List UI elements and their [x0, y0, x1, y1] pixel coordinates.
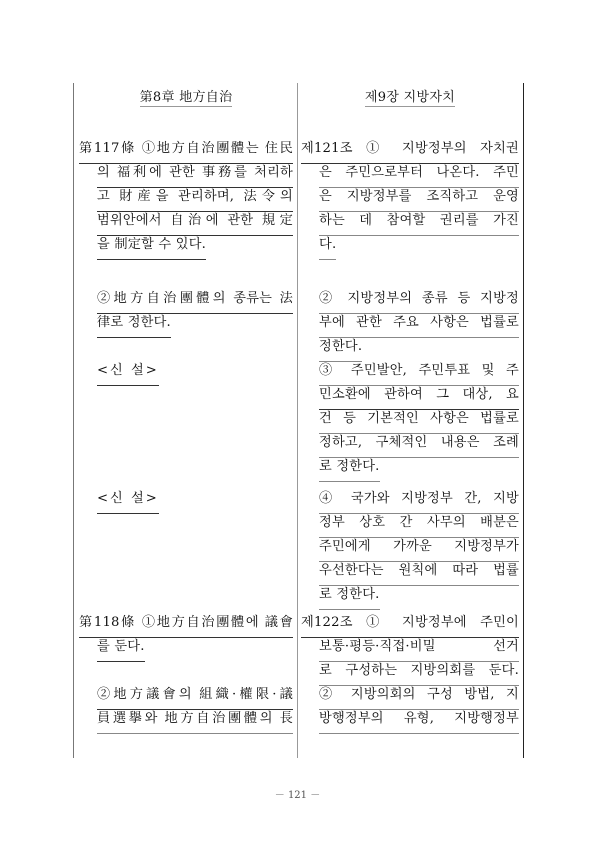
article-117-line: 범위안에서 自治에 관한 規定 — [97, 211, 293, 236]
article-121-para4-line: 우선한다는 원칙에 따라 법률 — [319, 561, 519, 586]
article-117-para2-line: ②地方自治團體의 종류는 法 — [97, 289, 293, 314]
article-118-para2-line: 員選擧와 地方自治團體의 長 — [97, 709, 293, 734]
article-117-para2-line: 律로 정한다. — [97, 313, 171, 338]
article-117-line: 을 制定할 수 있다. — [97, 235, 206, 260]
article-117-line: 고 財産을 관리하며, 法令의 — [97, 187, 293, 212]
article-121-line: 은 주민으로부터 나온다. 주민 — [319, 163, 519, 188]
article-122-line: 제122조 ① 지방정부에 주민이 — [301, 613, 519, 638]
page-number: － 121 － — [0, 786, 595, 801]
article-121-line: 다. — [319, 235, 336, 260]
article-121-line: 제121조 ① 지방정부의 자치권 — [301, 139, 519, 164]
new-provision-marker: <신 설> — [97, 361, 159, 386]
article-118-line: 를 둔다. — [97, 637, 145, 662]
article-121-para3-line: 건 등 기본적인 사항은 법률로 — [319, 409, 519, 434]
current-law-chapter-heading: 第8章 地方自治 — [79, 89, 293, 107]
article-121-para2-line: 정한다. — [319, 337, 362, 362]
article-121-line: 하는 데 참여할 권리를 가진 — [319, 211, 519, 236]
article-121-para2-line: 부에 관한 주요 사항은 법률로 — [319, 313, 519, 338]
article-121-para4-line: ④ 국가와 지방정부 간, 지방 — [319, 489, 519, 514]
article-121-para3-line: 민소환에 관하여 그 대상, 요 — [319, 385, 519, 410]
new-provision-marker: <신 설> — [97, 489, 159, 514]
article-121-para4-line: 주민에게 가까운 지방정부가 — [319, 537, 519, 562]
article-121-para3-line: 정하고, 구체적인 내용은 조례 — [319, 433, 519, 458]
article-121-para4-line: 정부 상호 간 사무의 배분은 — [319, 513, 519, 538]
article-121-para3-line: 로 정한다. — [319, 457, 380, 482]
amendment-chapter-heading: 제9장 지방자치 — [301, 89, 519, 107]
article-122-para2-line: 방행정부의 유형, 지방행정부 — [319, 709, 519, 734]
article-118-para2-line: ②地方議會의 組織·權限·議 — [97, 685, 293, 710]
article-121-para4-line: 로 정한다. — [319, 585, 380, 610]
article-117-line: 第117條 ①地方自治團體는 住民 — [79, 139, 293, 164]
table-right-border — [523, 83, 524, 758]
article-121-line: 은 지방정부를 조직하고 운영 — [319, 187, 519, 212]
article-122-line: 보통·평등·직접·비밀 선거 — [319, 637, 519, 662]
article-118-line: 第118條 ①地方自治團體에 議會 — [79, 613, 293, 638]
table-left-border — [73, 83, 74, 758]
article-117-line: 의 福利에 관한 事務를 처리하 — [97, 163, 293, 188]
article-122-line: 로 구성하는 지방의회를 둔다. — [319, 661, 519, 686]
article-121-para2-line: ② 지방정부의 종류 등 지방정 — [319, 289, 519, 314]
article-122-para2-line: ② 지방의회의 구성 방법, 지 — [319, 685, 519, 710]
column-divider — [297, 83, 298, 758]
article-121-para3-line: ③ 주민발안, 주민투표 및 주 — [319, 361, 519, 386]
